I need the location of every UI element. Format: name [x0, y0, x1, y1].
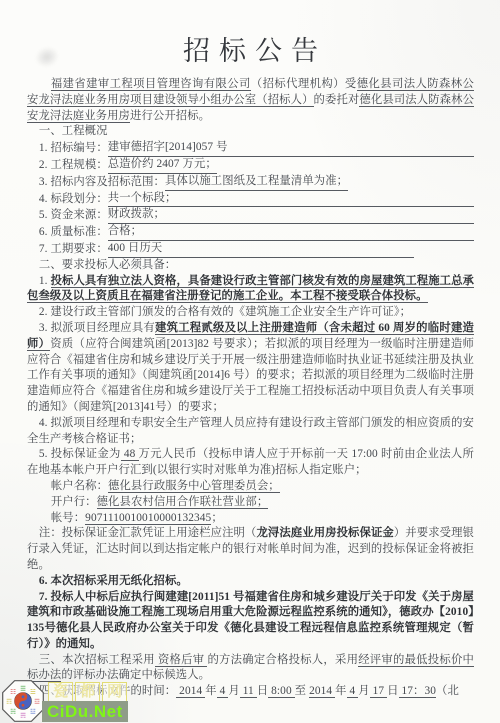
page-title: 招标公告 [27, 33, 474, 69]
svg-text:☷: ☷ [10, 688, 16, 696]
account-bank: 开户行：德化县农村信用合作联社营业部； [27, 495, 474, 511]
text-segment: 6. 质量标准： [39, 225, 108, 241]
section-3: 三、本次招标工程采用 资格后审 的方法确定合格投标人，采用经评审的最低投标价中标… [27, 653, 474, 685]
text-segment: 的委托对 [314, 94, 360, 106]
text-segment: 年 [335, 685, 346, 697]
req-5: 5. 投标保证金为 48 万元人民币（投标申请人应于开标前一天 17:00 时前… [27, 447, 474, 479]
text-segment: 三、本次招标工程采用 [39, 654, 155, 666]
text-segment: 3. 招标内容及招标范围： [39, 175, 165, 191]
watermark-site-name: 瓷 都 网 [48, 682, 127, 703]
text-segment: 月 [358, 685, 369, 697]
bagua-yinyang-icon: ☰ ☱ ☲ ☳ ☴ ☵ ☶ ☷ [0, 678, 48, 723]
text-segment: 德化县农村信用合作联社营业部； [97, 496, 269, 509]
text-segment: 4. 拟派项目经理和专职安全生产管理人员应持有建设行政主管部门颁发的相应资质的安… [27, 417, 474, 445]
account-name: 帐户名称：德化县行政服务中心管理委员会； [27, 479, 474, 495]
text-segment: 17：30 [399, 685, 436, 698]
fill-in-line [162, 244, 414, 258]
text-segment: 帐号： [51, 512, 85, 524]
text-segment: 17 [370, 685, 387, 698]
intro-paragraph: 福建省建审工程项目管理咨询有限公司（招标代理机构）受德化县司法人防森林公安龙浔法… [27, 77, 474, 124]
text-segment: 资质（应符合闽建筑函[2013]82 号要求）；若拟派的项目经理为一级临时注册建… [27, 338, 474, 413]
text-segment: 一、工程概况 [39, 125, 108, 137]
section-2-heading: 二、要求投标人必须具备： [27, 258, 474, 274]
text-segment: 11 [240, 685, 257, 698]
req-6: 6. 本次招标采用无纸化招标。 [27, 574, 474, 590]
text-segment: 5. 资金来源： [39, 208, 108, 224]
text-segment: 财政拨款； [108, 207, 165, 224]
watermark-char: 网 [102, 682, 127, 703]
text-segment: 二、要求投标人必须具备： [39, 259, 176, 271]
text-segment: 48 [121, 448, 139, 461]
text-segment: 共一个标段； [108, 191, 177, 208]
document-body: 福建省建审工程项目管理咨询有限公司（招标代理机构）受德化县司法人防森林公安龙浔法… [27, 77, 474, 700]
text-segment: 至 [295, 685, 309, 697]
text-segment: （招标代理机构）受 [251, 78, 357, 90]
text-segment: 帐户名称： [51, 480, 108, 492]
text-segment: 6. 本次招标采用无纸化招标。 [39, 575, 188, 587]
item-project-scale: 2. 工程规模：总造价约 2407 万元； [27, 157, 474, 174]
deposit-note: 注：投标保证金汇款凭证上用途栏应注明（龙浔法庭业用房投标保证金）并要求受理银行录… [27, 526, 474, 573]
text-segment: 的评标办法确定中标候选人。 [61, 669, 210, 681]
text-segment: 2. 建设行政主管部门颁发的合格有效的《建筑施工企业安全生产许可证》； [39, 306, 411, 318]
text-segment: 9071110010010000132345 [85, 512, 211, 525]
req-4: 4. 拟派项目经理和专职安全生产管理人员应持有建设行政主管部门颁发的相应资质的安… [27, 416, 474, 448]
text-segment: 3. 拟派项目经理应具有 [39, 322, 155, 334]
text-segment: 日 [387, 685, 398, 697]
fill-in-line [142, 227, 474, 241]
item-duration: 7. 工期要求：400 日历天 [27, 241, 474, 258]
text-segment: 400 日历天 [108, 241, 163, 258]
text-segment: 龙浔法庭业用房投标保证金 [256, 527, 393, 539]
text-segment: 5. 投标保证金为 [39, 448, 121, 460]
text-segment: 注：投标保证金汇款凭证上用途栏应注明（ [39, 527, 257, 539]
req-3: 3. 拟派项目经理应具有建筑工程贰级及以上注册建造师（含未超过 60 周岁的临时… [27, 321, 474, 416]
req-7: 7. 投标人中标后应执行闽建建[2011]51 号福建省住房和城乡建设厅关于印发… [27, 590, 474, 653]
item-bid-number: 1. 招标编号：建审德招字[2014]057 号 [27, 140, 474, 157]
svg-text:☵: ☵ [10, 707, 16, 715]
watermark-char: 都 [75, 682, 100, 703]
text-segment: 年 [205, 685, 216, 697]
text-segment: 4. 标段划分： [39, 192, 108, 208]
text-segment: 2. 工程规模： [39, 158, 108, 174]
item-bid-scope: 3. 招标内容及招标范围：具体以施工图纸及工程量清单为准； [27, 174, 474, 191]
watermark-char: 瓷 [48, 682, 73, 703]
text-segment: 进行公开招标。 [130, 110, 210, 122]
scanned-document-page: 招标公告 福建省建审工程项目管理咨询有限公司（招标代理机构）受德化县司法人防森林… [0, 0, 500, 723]
text-segment: （北 [436, 685, 459, 697]
text-segment: 日 [257, 685, 268, 697]
text-segment: 1. [39, 275, 51, 287]
item-sections: 4. 标段划分：共一个标段； [27, 191, 474, 208]
text-segment: 2014 [176, 685, 205, 698]
watermark-logo: ☰ ☱ ☲ ☳ ☴ ☵ ☶ ☷ [0, 678, 48, 723]
svg-text:☱: ☱ [30, 688, 36, 696]
watermark-url: CiDu.Net [42, 701, 128, 722]
text-segment: 的方法确定合格投标人，采用 [207, 654, 358, 666]
text-segment: 8:00 [268, 685, 294, 698]
fill-in-line [228, 143, 474, 157]
svg-text:☲: ☲ [34, 698, 40, 706]
text-segment: 建审德招字[2014]057 号 [108, 140, 228, 157]
svg-text:☴: ☴ [20, 712, 26, 720]
text-segment: 合格； [108, 224, 142, 241]
svg-text:☶: ☶ [6, 698, 12, 706]
text-segment: 德化县行政服务中心管理委员会； [108, 480, 280, 493]
req-2: 2. 建设行政主管部门颁发的合格有效的《建筑施工企业安全生产许可证》； [27, 305, 474, 321]
section-1-heading: 一、工程概况 [27, 124, 474, 140]
text-segment: ； [211, 512, 222, 524]
account-number: 帐号：9071110010010000132345； [27, 511, 474, 527]
text-segment: 具体以施工图纸及工程量清单为准； [165, 174, 348, 191]
text-segment: 投标人具有独立法人资格，具备建设行政主管部门核发有效的房屋建筑工程施工总承包叁级… [27, 275, 474, 304]
text-segment: 7. 投标人中标后应执行闽建建[2011]51 号福建省住房和城乡建设厅关于印发… [27, 591, 474, 650]
text-segment: 开户行： [51, 496, 97, 508]
item-funding: 5. 资金来源：财政拨款； [27, 207, 474, 224]
document-content: 招标公告 福建省建审工程项目管理咨询有限公司（招标代理机构）受德化县司法人防森林… [27, 33, 474, 700]
fill-in-line [176, 193, 474, 207]
text-segment: 福建省建审工程项目管理咨询有限公司 [51, 78, 251, 91]
text-segment: 资格后审 [155, 654, 208, 667]
text-segment: 7. 工期要求： [39, 242, 108, 258]
text-segment: 1. 招标编号： [39, 141, 108, 157]
fill-in-line [165, 210, 474, 224]
text-segment: 4 [217, 685, 229, 698]
item-quality: 6. 质量标准：合格； [27, 224, 474, 241]
text-segment: 月 [228, 685, 239, 697]
svg-text:☰: ☰ [20, 685, 26, 693]
text-segment: 总造价约 2407 万元； [108, 157, 217, 174]
req-1: 1. 投标人具有独立法人资格，具备建设行政主管部门核发有效的房屋建筑工程施工总承… [27, 274, 474, 306]
svg-text:☳: ☳ [30, 707, 36, 715]
text-segment: 2014 [309, 685, 335, 698]
text-segment: 4 [347, 685, 359, 698]
